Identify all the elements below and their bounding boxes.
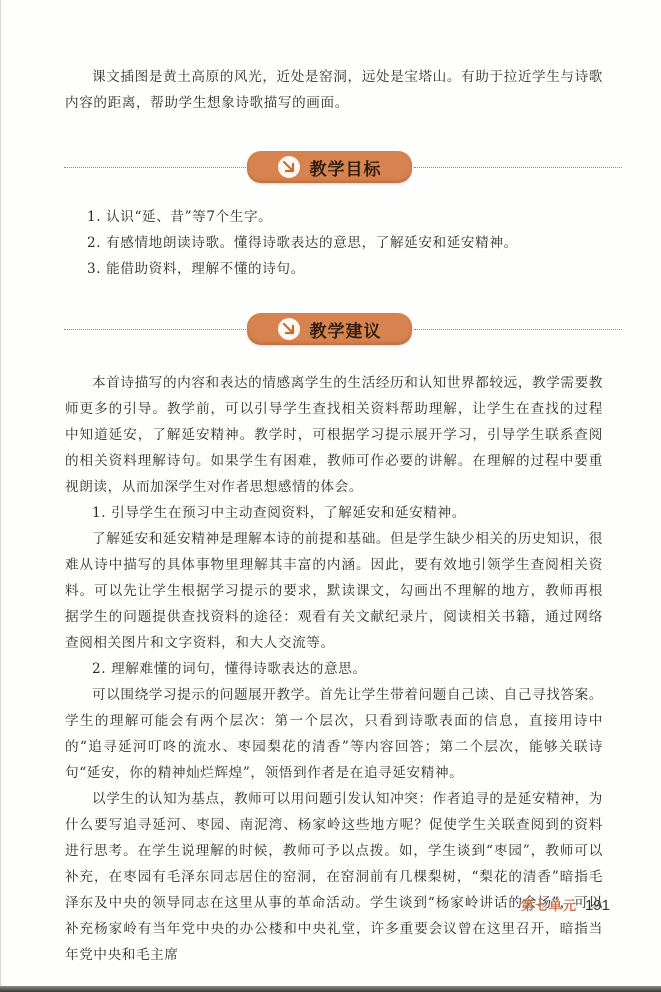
suggestion-paragraph: 可以围绕学习提示的问题展开教学。首先让学生带着问题自己读、自己寻找答案。学生的理…: [65, 682, 603, 786]
suggestions-title: 教学建议: [310, 317, 382, 342]
arrow-down-right-icon: [278, 156, 300, 178]
suggestions-section-header: 教学建议: [64, 313, 622, 347]
goals-title: 教学目标: [310, 155, 382, 180]
intro-paragraph: 课文插图是黄土高原的风光，近处是窑洞，远处是宝塔山。有助于拉近学生与诗歌内容的距…: [65, 64, 603, 116]
suggestion-paragraph: 以学生的认知为基点，教师可以用问题引发认知冲突：作者追寻的是延安精神，为什么要写…: [65, 786, 603, 968]
suggestion-paragraph: 本首诗描写的内容和表达的情感离学生的生活经历和认知世界都较远，教学需要教师更多的…: [65, 370, 603, 500]
suggestions-banner: 教学建议: [247, 313, 412, 345]
dotted-divider-right: [414, 329, 622, 330]
dotted-divider-left: [64, 167, 246, 168]
suggestion-subheading-1: 1. 引导学生在预习中主动查阅资料，了解延安和延安精神。: [65, 500, 603, 526]
page-bottom-edge: [0, 986, 661, 992]
page-number: 191: [585, 897, 610, 914]
page-footer: 第七单元 191: [521, 895, 610, 914]
goal-item-3: 3. 能借助资料，理解不懂的诗句。: [65, 256, 603, 282]
goal-item-2: 2. 有感情地朗读诗歌。懂得诗歌表达的意思，了解延安和延安精神。: [65, 230, 603, 256]
goal-item-1: 1. 认识“延、昔”等7个生字。: [65, 204, 603, 230]
suggestion-paragraph: 了解延安和延安精神是理解本诗的前提和基础。但是学生缺少相关的历史知识，很难从诗中…: [65, 526, 603, 656]
arrow-down-right-icon: [278, 318, 300, 340]
suggestion-subheading-2: 2. 理解难懂的词句，懂得诗歌表达的意思。: [65, 656, 603, 682]
goals-section-header: 教学目标: [64, 151, 622, 185]
goals-banner: 教学目标: [247, 151, 412, 183]
suggestions-body: 本首诗描写的内容和表达的情感离学生的生活经历和认知世界都较远，教学需要教师更多的…: [65, 370, 603, 968]
textbook-page: 课文插图是黄土高原的风光，近处是窑洞，远处是宝塔山。有助于拉近学生与诗歌内容的距…: [0, 0, 661, 986]
dotted-divider-right: [414, 167, 622, 168]
dotted-divider-left: [64, 329, 246, 330]
unit-label: 第七单元: [521, 895, 577, 914]
goals-list: 1. 认识“延、昔”等7个生字。 2. 有感情地朗读诗歌。懂得诗歌表达的意思，了…: [65, 204, 603, 282]
intro-block: 课文插图是黄土高原的风光，近处是窑洞，远处是宝塔山。有助于拉近学生与诗歌内容的距…: [65, 64, 603, 116]
